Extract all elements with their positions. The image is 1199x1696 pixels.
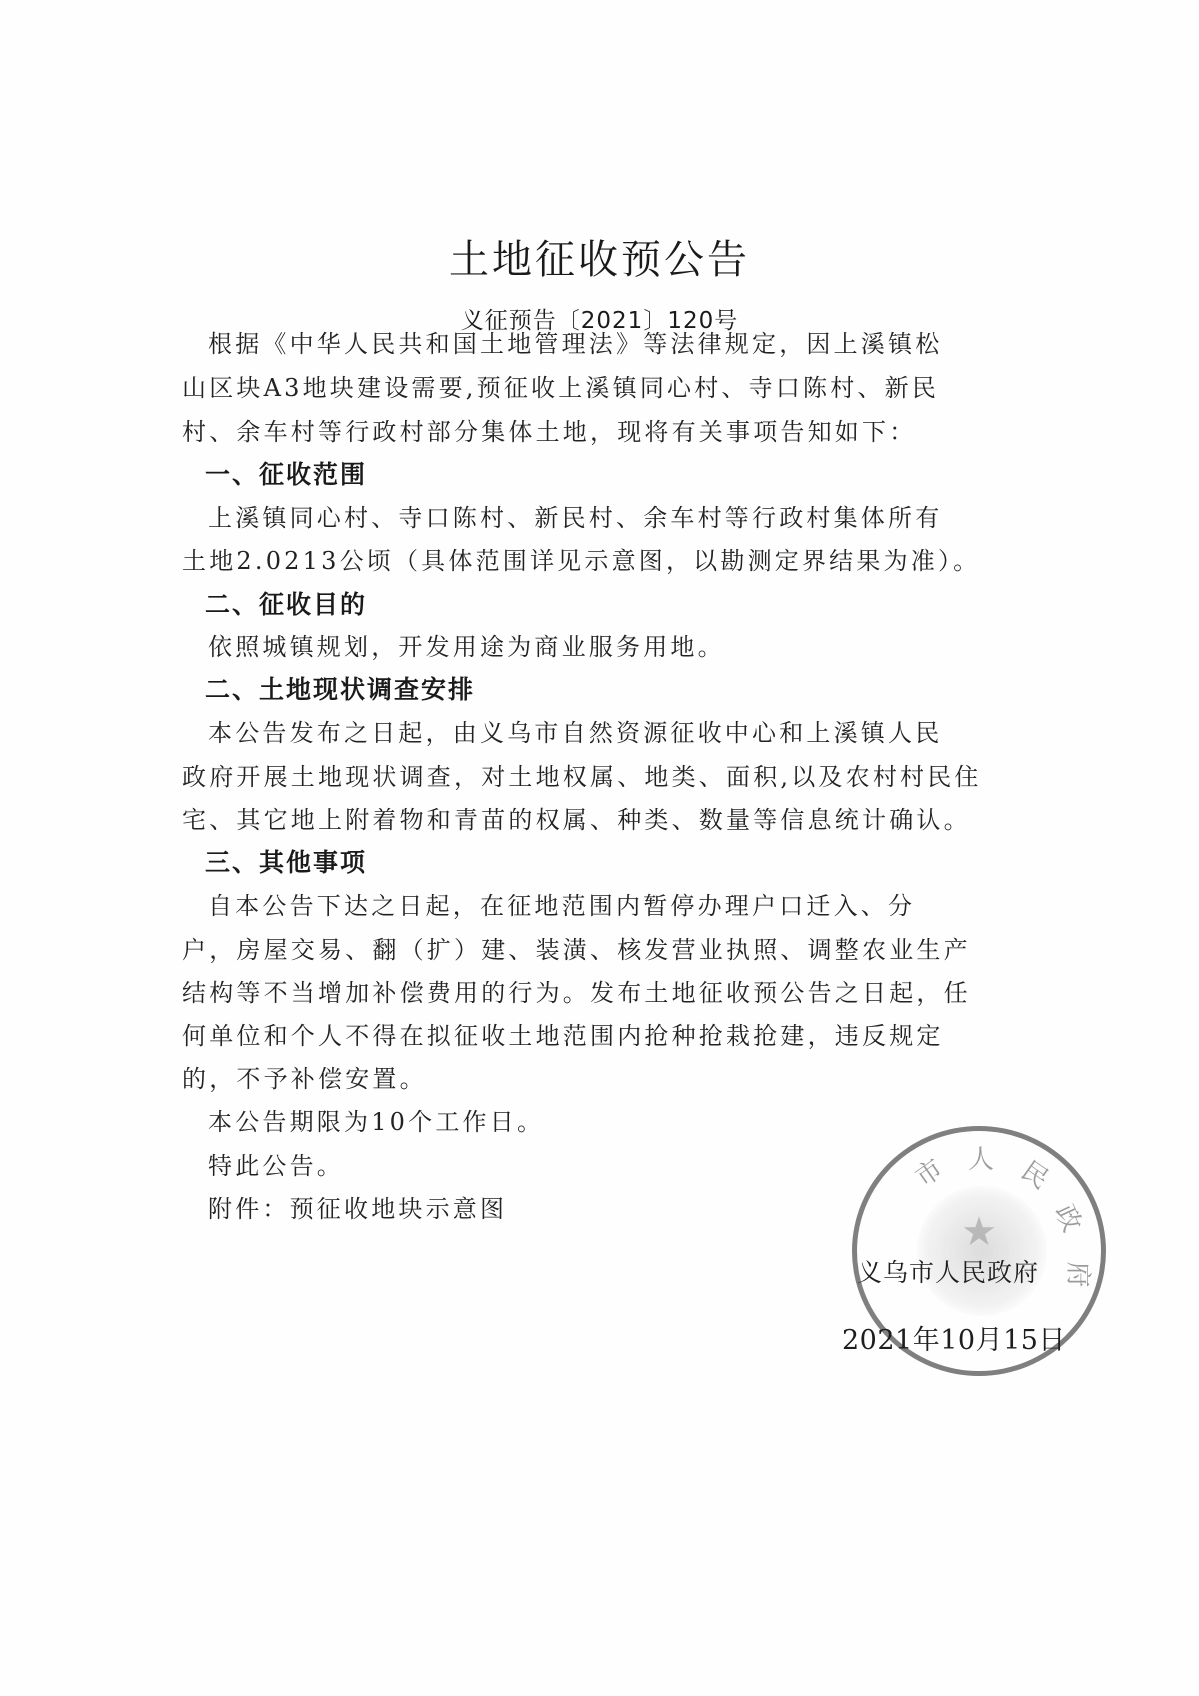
section-line: 政府开展土地现状调查，对土地权属、地类、面积,以及农村村民住 [182,757,982,792]
issuer-name: 义乌市人民政府 [857,1253,1039,1289]
attachment-line: 附件：预征收地块示意图 [208,1189,507,1224]
intro-line: 村、余车村等行政村部分集体土地，现将有关事项告知如下： [182,412,916,447]
seal-ring-char: 府 [1062,1261,1099,1287]
section-line: 何单位和个人不得在拟征收土地范围内抢种抢栽抢建，违反规定 [182,1016,944,1051]
intro-line: 根据《中华人民共和国土地管理法》等法律规定，因上溪镇松 [208,324,942,359]
section-heading-scope: 一、征收范围 [205,455,367,491]
closing-period-line: 本公告期限为10个工作日。 [208,1102,544,1137]
seal-ring-char: 市 [907,1149,950,1194]
intro-line: 山区块A3地块建设需要,预征收上溪镇同心村、寺口陈村、新民 [182,368,939,403]
section-heading-other: 三、其他事项 [205,843,367,879]
section-line: 户，房屋交易、翻（扩）建、装潢、核发营业执照、调整农业生产 [182,930,971,965]
section-line: 土地2.0213公顷（具体范围详见示意图，以勘测定界结果为准）。 [182,541,980,576]
seal-ring-char: 人 [968,1139,994,1176]
section-line: 宅、其它地上附着物和青苗的权属、种类、数量等信息统计确认。 [182,800,971,835]
section-line: 的，不予补偿安置。 [182,1059,427,1094]
section-line: 依照城镇规划，开发用途为商业服务用地。 [208,627,725,662]
document-page: 土地征收预公告 义征预告〔2021〕120号 根据《中华人民共和国土地管理法》等… [0,0,1199,1696]
section-line: 上溪镇同心村、寺口陈村、新民村、余车村等行政村集体所有 [208,498,942,533]
document-title: 土地征收预公告 [0,228,1199,285]
closing-statement-line: 特此公告。 [208,1146,344,1181]
issue-date: 2021年10月15日 [842,1318,1066,1357]
section-line: 结构等不当增加补偿费用的行为。发布土地征收预公告之日起，任 [182,973,971,1008]
seal-ring-char: 民 [1015,1151,1058,1196]
section-heading-purpose: 二、征收目的 [205,585,367,621]
section-heading-survey: 二、土地现状调查安排 [205,670,475,706]
section-line: 本公告发布之日起，由义乌市自然资源征收中心和上溪镇人民 [208,713,942,748]
section-line: 自本公告下达之日起，在征地范围内暂停办理户口迁入、分 [208,886,915,921]
